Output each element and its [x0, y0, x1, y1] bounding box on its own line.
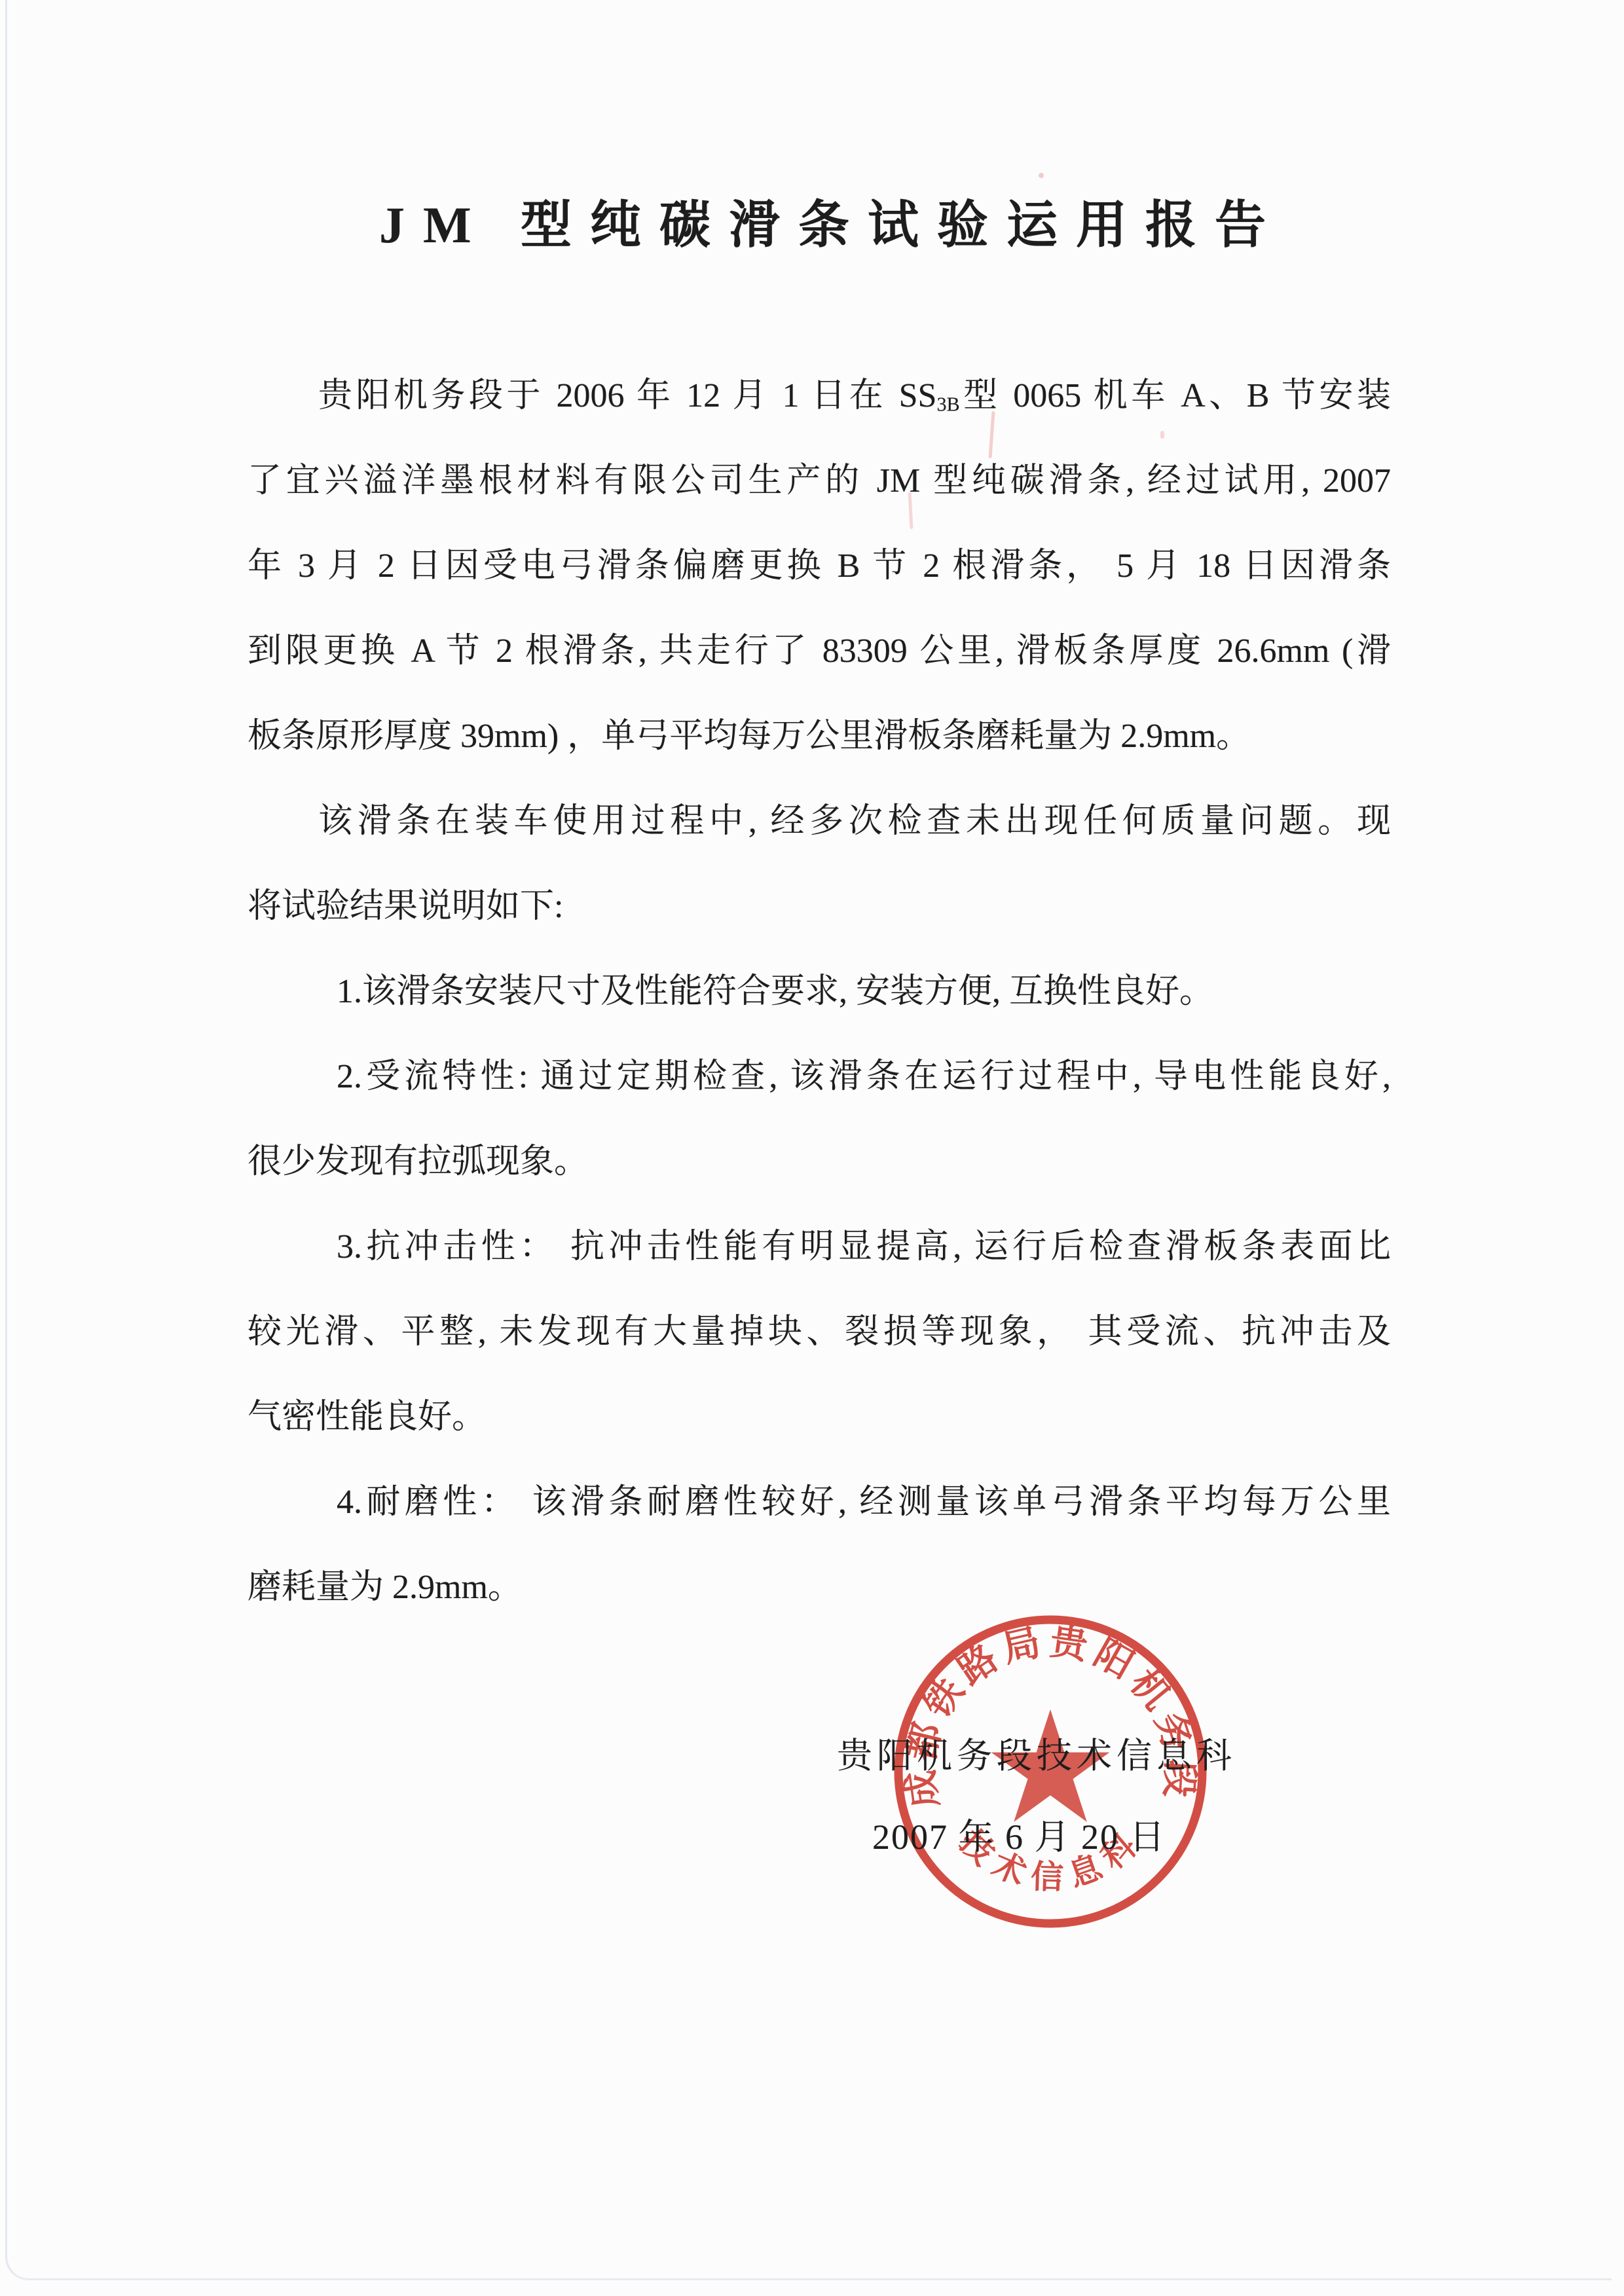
body-line: 3.抗冲击性： 抗冲击性能有明显提高, 运行后检查滑板条表面比: [248, 1205, 1391, 1290]
date-line: 2007 年 6 月 20 日: [872, 1817, 1166, 1857]
body-line: 板条原形厚度 39mm) ，单弓平均每万公里滑板条磨耗量为 2.9mm。: [248, 694, 1391, 779]
body-line: 1.该滑条安装尺寸及性能符合要求, 安装方便, 互换性良好。: [248, 949, 1391, 1034]
signature-line: 贵阳机务段技术信息科: [837, 1736, 1236, 1776]
body-line: 贵阳机务段于 2006 年 12 月 1 日在 SS3B型 0065 机车 A、…: [248, 354, 1391, 439]
body-line: 磨耗量为 2.9mm。: [248, 1545, 1391, 1630]
body-line-text: 型 0065 机车 A、B 节安装: [960, 377, 1391, 414]
body-line: 该滑条在装车使用过程中, 经多次检查未出现任何质量问题。现: [248, 779, 1391, 864]
body-line: 很少发现有拉弧现象。: [248, 1120, 1391, 1205]
body-line: 气密性能良好。: [248, 1375, 1391, 1460]
body-line: 4.耐磨性： 该滑条耐磨性较好, 经测量该单弓滑条平均每万公里: [248, 1460, 1391, 1545]
body-line: 年 3 月 2 日因受电弓滑条偏磨更换 B 节 2 根滑条， 5 月 18 日因…: [248, 524, 1391, 609]
scanned-report-page: JM 型纯碳滑条试验运用报告 贵阳机务段于 2006 年 12 月 1 日在 S…: [0, 0, 1624, 2296]
body-line: 到限更换 A 节 2 根滑条, 共走行了 83309 公里, 滑板条厚度 26.…: [248, 609, 1391, 694]
body-line: 2.受流特性: 通过定期检查, 该滑条在运行过程中, 导电性能良好,: [248, 1034, 1391, 1120]
body-line: 较光滑、平整, 未发现有大量掉块、裂损等现象， 其受流、抗冲击及: [248, 1290, 1391, 1375]
body-line: 了宜兴溢洋墨根材料有限公司生产的 JM 型纯碳滑条, 经过试用, 2007: [248, 439, 1391, 524]
ss3b-subscript: 3B: [936, 393, 959, 416]
body-line: 将试验结果说明如下:: [248, 864, 1391, 949]
body-line-text: 贵阳机务段于 2006 年 12 月 1 日在 SS: [318, 377, 936, 414]
report-body: 贵阳机务段于 2006 年 12 月 1 日在 SS3B型 0065 机车 A、…: [248, 354, 1391, 1630]
red-ink-artifact: [1039, 173, 1044, 178]
page-title-text: JM 型纯碳滑条试验运用报告: [379, 195, 1284, 255]
page-title: JM 型纯碳滑条试验运用报告: [0, 195, 1624, 255]
